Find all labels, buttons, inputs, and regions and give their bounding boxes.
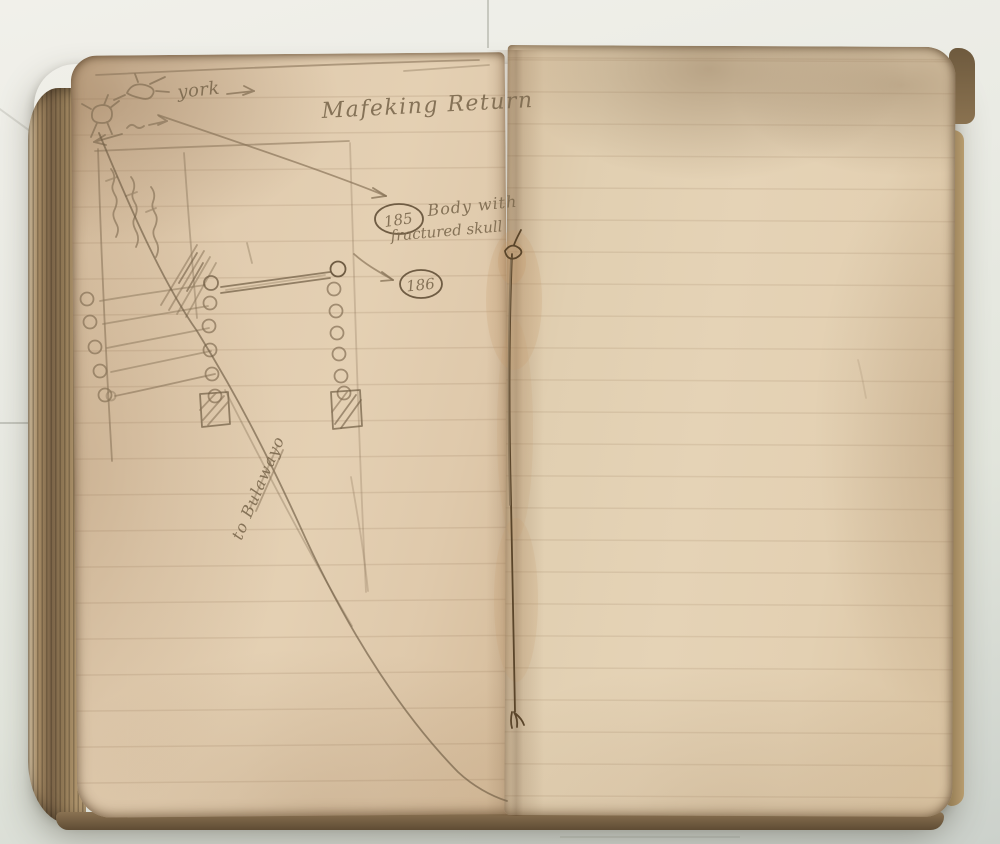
stick-figure-second-icon [82, 95, 119, 137]
right-page-smudge [858, 360, 866, 398]
arrow-left-icon [94, 134, 122, 145]
marker-186-number: 186 [405, 275, 436, 296]
page-heading: Mafeking Return [320, 88, 534, 124]
tiny-note-arrow-icon [127, 116, 167, 128]
vertical-notes-illegible [106, 169, 158, 257]
stick-figure-york-icon [114, 74, 169, 100]
notebook-photo: Mafeking Return york 185 Body with fract… [0, 0, 1000, 844]
circle-column-right [328, 283, 351, 400]
marker-185-note-line1: Body with [425, 192, 518, 220]
route-label: to Bulawayo [228, 433, 289, 542]
circle-column-middle [203, 276, 222, 403]
arrow-right-york-icon [227, 86, 254, 95]
top-margin-line [96, 60, 489, 75]
ladder-lines [100, 285, 215, 401]
pencil-sketch-layer: Mafeking Return york 185 Body with fract… [0, 0, 1000, 844]
york-label: york [175, 78, 220, 103]
hatched-square-left [200, 392, 230, 427]
circle-column-left [81, 293, 112, 402]
arrow-to-186-icon [354, 254, 393, 281]
